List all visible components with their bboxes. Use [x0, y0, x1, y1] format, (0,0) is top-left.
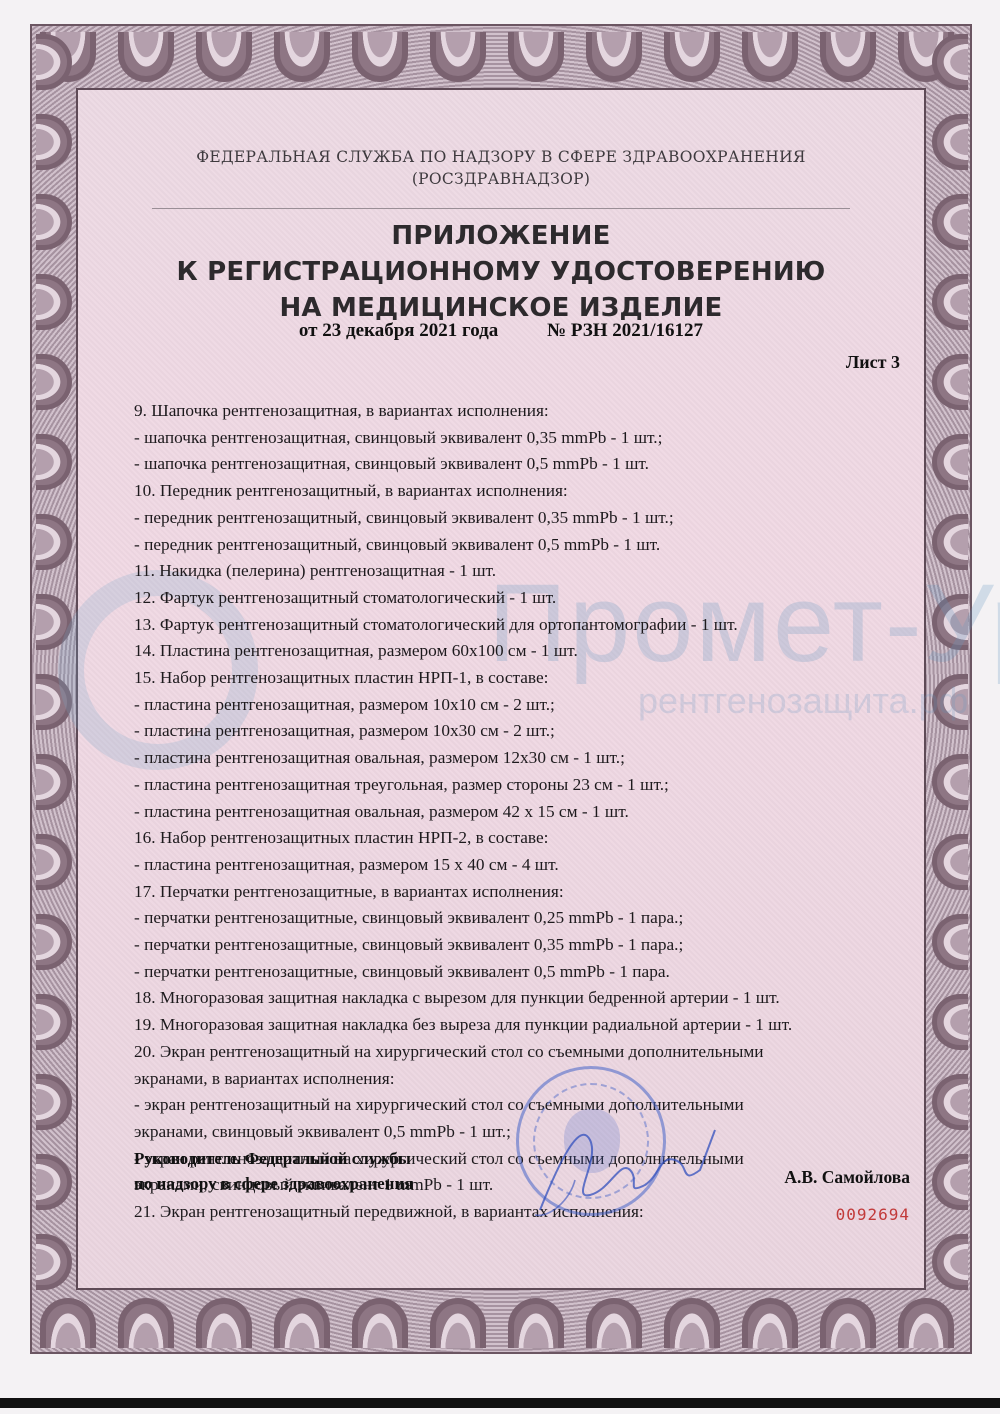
ornament-tile — [932, 674, 968, 730]
list-item: экранами, в вариантах исполнения: — [134, 1066, 934, 1093]
list-item: 13. Фартук рентгенозащитный стоматологич… — [134, 612, 934, 639]
list-item: - пластина рентгенозащитная, размером 10… — [134, 718, 934, 745]
signer-title-line-2: по надзору в сфере здравоохранения — [134, 1171, 413, 1196]
ornament-tile — [36, 1074, 72, 1130]
ornament-tile — [932, 594, 968, 650]
list-item: - пластина рентгенозащитная овальная, ра… — [134, 799, 934, 826]
title-line-1: ПРИЛОЖЕНИЕ — [78, 218, 924, 254]
ornament-tile — [196, 1298, 252, 1348]
ornament-tile — [352, 32, 408, 82]
ornament-tile — [932, 34, 968, 90]
frame-bottom-ornament — [32, 1292, 970, 1352]
ornament-tile — [932, 114, 968, 170]
document-meta: от 23 декабря 2021 года № РЗН 2021/16127 — [78, 320, 924, 342]
list-item: - шапочка рентгенозащитная, свинцовый эк… — [134, 425, 934, 452]
ornament-tile — [932, 274, 968, 330]
signer-title-line-1: Руководитель Федеральной службы — [134, 1146, 413, 1171]
ornament-tile — [932, 914, 968, 970]
list-item: 12. Фартук рентгенозащитный стоматологич… — [134, 585, 934, 612]
frame-left-ornament — [32, 26, 74, 1352]
ornament-tile — [932, 434, 968, 490]
list-item: - шапочка рентгенозащитная, свинцовый эк… — [134, 451, 934, 478]
list-item: 16. Набор рентгенозащитных пластин НРП-2… — [134, 825, 934, 852]
ornament-tile — [932, 514, 968, 570]
ornament-tile — [36, 434, 72, 490]
ornament-tile — [36, 514, 72, 570]
list-item: 14. Пластина рентгенозащитная, размером … — [134, 638, 934, 665]
ornament-tile — [36, 34, 72, 90]
list-item: - пластина рентгенозащитная треугольная,… — [134, 772, 934, 799]
ornament-tile — [508, 1298, 564, 1348]
document-title: ПРИЛОЖЕНИЕ К РЕГИСТРАЦИОННОМУ УДОСТОВЕРЕ… — [78, 218, 924, 326]
ornament-tile — [36, 754, 72, 810]
agency-line-2: (РОСЗДРАВНАДЗОР) — [78, 168, 924, 190]
divider — [152, 208, 850, 209]
ornament-tile — [932, 1234, 968, 1290]
ornament-tile — [932, 194, 968, 250]
list-item: - пластина рентгенозащитная, размером 10… — [134, 692, 934, 719]
list-item: 17. Перчатки рентгенозащитные, в вариант… — [134, 879, 934, 906]
ornament-tile — [932, 754, 968, 810]
ornament-tile — [196, 32, 252, 82]
list-item: - перчатки рентгенозащитные, свинцовый э… — [134, 905, 934, 932]
ornament-tile — [742, 32, 798, 82]
ornament-tile — [820, 1298, 876, 1348]
ornament-tile — [508, 32, 564, 82]
ornament-tile — [586, 1298, 642, 1348]
ornament-tile — [430, 1298, 486, 1348]
agency-line-1: ФЕДЕРАЛЬНАЯ СЛУЖБА ПО НАДЗОРУ В СФЕРЕ ЗД… — [78, 146, 924, 168]
ornament-tile — [664, 32, 720, 82]
list-item: - перчатки рентгенозащитные, свинцовый э… — [134, 932, 934, 959]
ornament-tile — [36, 1154, 72, 1210]
list-item: 10. Передник рентгенозащитный, в вариант… — [134, 478, 934, 505]
ornament-tile — [820, 32, 876, 82]
agency-name: ФЕДЕРАЛЬНАЯ СЛУЖБА ПО НАДЗОРУ В СФЕРЕ ЗД… — [78, 146, 924, 190]
ornament-tile — [36, 354, 72, 410]
ornament-tile — [36, 1234, 72, 1290]
ornament-tile — [430, 32, 486, 82]
ornament-tile — [36, 194, 72, 250]
issue-date: от 23 декабря 2021 года — [299, 320, 498, 342]
list-item: - передник рентгенозащитный, свинцовый э… — [134, 505, 934, 532]
ornament-tile — [664, 1298, 720, 1348]
document-body: Промет-Урал рентгенозащита.рф ФЕДЕРАЛЬНА… — [76, 88, 926, 1290]
ornament-tile — [118, 1298, 174, 1348]
serial-number: 0092694 — [836, 1205, 910, 1224]
signature-icon — [530, 1100, 720, 1220]
ornament-tile — [36, 994, 72, 1050]
certificate-sheet: Промет-Урал рентгенозащита.рф ФЕДЕРАЛЬНА… — [30, 24, 972, 1354]
registration-number: № РЗН 2021/16127 — [547, 320, 703, 342]
list-item: 20. Экран рентгенозащитный на хирургичес… — [134, 1039, 934, 1066]
ornament-tile — [932, 994, 968, 1050]
sheet-number: Лист 3 — [846, 352, 900, 373]
title-line-2: К РЕГИСТРАЦИОННОМУ УДОСТОВЕРЕНИЮ — [78, 254, 924, 290]
list-item: - перчатки рентгенозащитные, свинцовый э… — [134, 959, 934, 986]
ornament-tile — [36, 834, 72, 890]
scan-edge — [0, 1398, 1000, 1408]
ornament-tile — [36, 594, 72, 650]
list-item: - передник рентгенозащитный, свинцовый э… — [134, 532, 934, 559]
list-item: 18. Многоразовая защитная накладка с выр… — [134, 985, 934, 1012]
ornament-tile — [932, 1154, 968, 1210]
list-item: 9. Шапочка рентгенозащитная, в вариантах… — [134, 398, 934, 425]
frame-top-ornament — [32, 26, 970, 86]
ornament-tile — [36, 674, 72, 730]
frame-right-ornament — [928, 26, 970, 1352]
ornament-tile — [118, 32, 174, 82]
list-item: 15. Набор рентгенозащитных пластин НРП-1… — [134, 665, 934, 692]
ornament-tile — [932, 834, 968, 890]
signer-name: А.В. Самойлова — [784, 1167, 910, 1188]
ornament-tile — [36, 114, 72, 170]
ornament-tile — [352, 1298, 408, 1348]
list-item: 11. Накидка (пелерина) рентгенозащитная … — [134, 558, 934, 585]
ornament-tile — [742, 1298, 798, 1348]
ornament-tile — [274, 32, 330, 82]
ornament-tile — [36, 274, 72, 330]
ornament-tile — [932, 354, 968, 410]
list-item: - пластина рентгенозащитная, размером 15… — [134, 852, 934, 879]
list-item: 19. Многоразовая защитная накладка без в… — [134, 1012, 934, 1039]
ornament-tile — [586, 32, 642, 82]
ornament-tile — [274, 1298, 330, 1348]
list-item: - пластина рентгенозащитная овальная, ра… — [134, 745, 934, 772]
ornament-tile — [36, 914, 72, 970]
signer-title: Руководитель Федеральной службы по надзо… — [134, 1146, 413, 1196]
ornament-tile — [932, 1074, 968, 1130]
